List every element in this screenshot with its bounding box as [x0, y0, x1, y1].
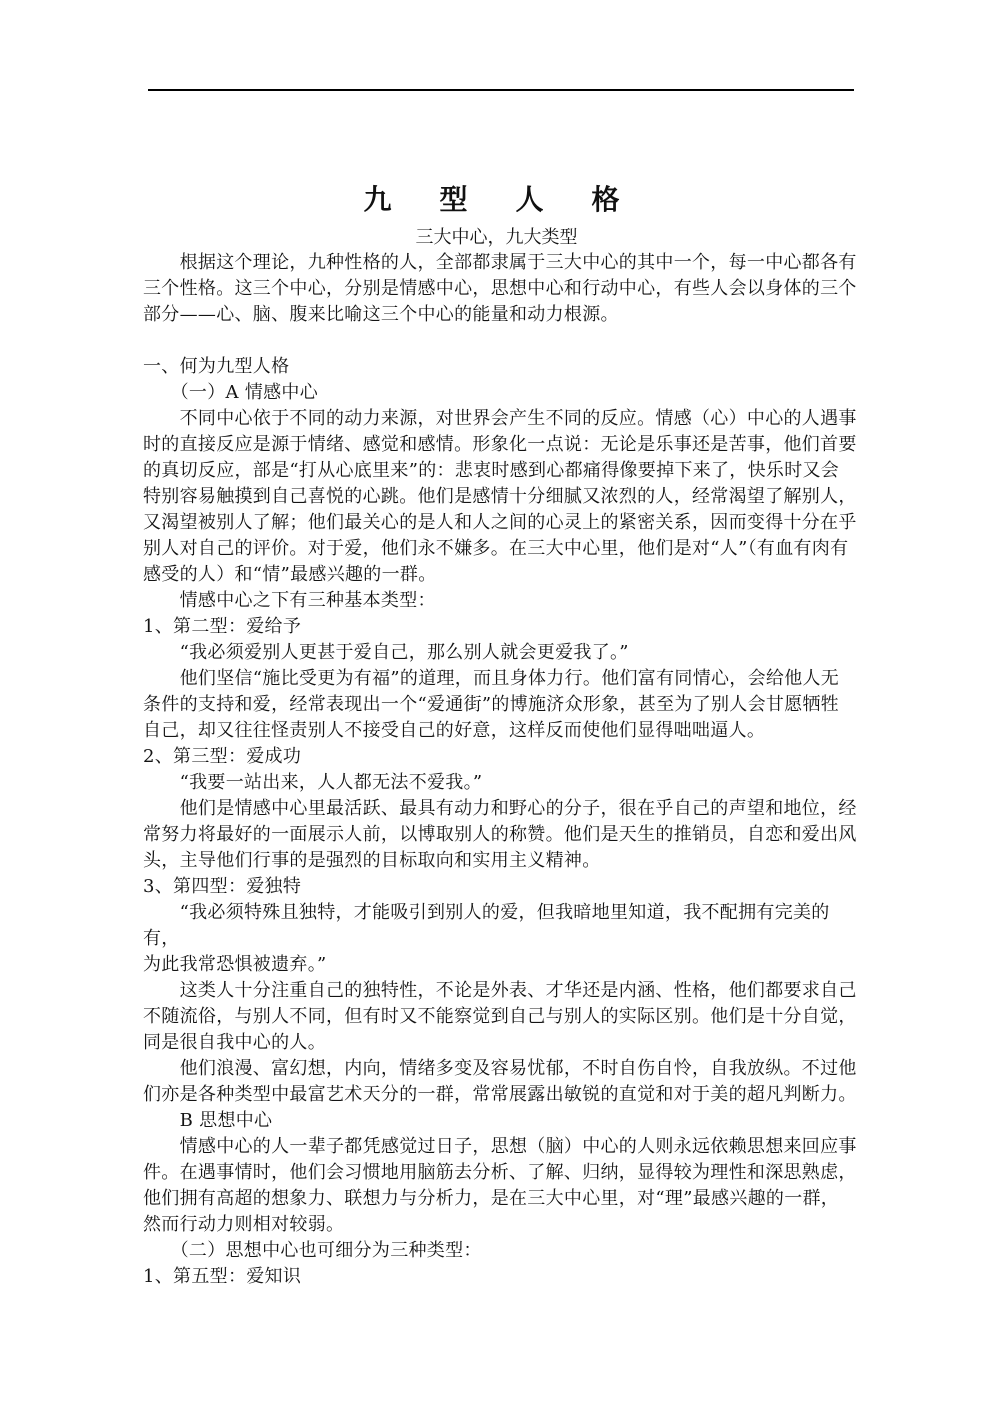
document-body: 根据这个理论，九种性格的人，全部都隶属于三大中心的其中一个，每一中心都各有三个性… [143, 250, 859, 1290]
text-line: 1、第二型：爱给予 [143, 614, 859, 640]
text-line: “我必须特殊且独特，才能吸引到别人的爱，但我暗地里知道，我不配拥有完美的有， [143, 900, 859, 952]
text-line: 然而行动力则相对较弱。 [143, 1212, 859, 1238]
text-line: 头，主导他们行事的是强烈的目标取向和实用主义精神。 [143, 848, 859, 874]
text-line [143, 328, 859, 354]
text-line: 他们浪漫、富幻想，内向，情绪多变及容易忧郁，不时自伤自怜，自我放纵。不过他 [143, 1056, 859, 1082]
text-line: 的真切反应，部是“打从心底里来”的：悲衷时感到心都痛得像要掉下来了，快乐时又会 [143, 458, 859, 484]
text-line: 又渴望被别人了解；他们最关心的是人和人之间的心灵上的紧密关系，因而变得十分在乎 [143, 510, 859, 536]
text-line: 常努力将最好的一面展示人前，以博取别人的称赞。他们是天生的推销员，自恋和爱出风 [143, 822, 859, 848]
text-line: 同是很自我中心的人。 [143, 1030, 859, 1056]
text-line: 情感中心的人一辈子都凭感觉过日子，思想（脑）中心的人则永远依赖思想来回应事 [143, 1134, 859, 1160]
document-title: 九 型 人 格 [0, 178, 993, 218]
text-line: “我必须爱别人更甚于爱自己，那么别人就会更爱我了。” [143, 640, 859, 666]
text-line: 感受的人）和“情”最感兴趣的一群。 [143, 562, 859, 588]
text-line: 他们坚信“施比受更为有福”的道理，而且身体力行。他们富有同情心，会给他人无 [143, 666, 859, 692]
text-line: 1、第五型：爱知识 [143, 1264, 859, 1290]
text-line: 三个性格。这三个中心，分别是情感中心，思想中心和行动中心，有些人会以身体的三个 [143, 276, 859, 302]
text-line: 根据这个理论，九种性格的人，全部都隶属于三大中心的其中一个，每一中心都各有 [143, 250, 859, 276]
text-line: （一）A 情感中心 [143, 380, 859, 406]
text-line: 这类人十分注重自己的独特性，不论是外表、才华还是内涵、性格，他们都要求自己 [143, 978, 859, 1004]
text-line: 他们是情感中心里最活跃、最具有动力和野心的分子，很在乎自己的声望和地位，经 [143, 796, 859, 822]
text-line: 3、第四型：爱独特 [143, 874, 859, 900]
text-line: B 思想中心 [143, 1108, 859, 1134]
text-line: 条件的支持和爱，经常表现出一个“爱通街”的博施济众形象，甚至为了别人会甘愿牺牲 [143, 692, 859, 718]
text-line: 件。在遇事情时，他们会习惯地用脑筋去分析、了解、归纳，显得较为理性和深思熟虑， [143, 1160, 859, 1186]
document-page: 九 型 人 格 三大中心，九大类型 根据这个理论，九种性格的人，全部都隶属于三大… [0, 0, 993, 1404]
text-line: 时的直接反应是源于情绪、感觉和感情。形象化一点说：无论是乐事还是苦事，他们首要 [143, 432, 859, 458]
text-line: 们亦是各种类型中最富艺术天分的一群，常常展露出敏锐的直觉和对于美的超凡判断力。 [143, 1082, 859, 1108]
text-line: 为此我常恐惧被遗弃。” [143, 952, 859, 978]
text-line: 不同中心依于不同的动力来源，对世界会产生不同的反应。情感（心）中心的人遇事 [143, 406, 859, 432]
text-line: 部分——心、脑、腹来比喻这三个中心的能量和动力根源。 [143, 302, 859, 328]
text-line: 情感中心之下有三种基本类型： [143, 588, 859, 614]
text-line: （二）思想中心也可细分为三种类型： [143, 1238, 859, 1264]
text-line: 特别容易触摸到自己喜悦的心跳。他们是感情十分细腻又浓烈的人，经常渴望了解别人， [143, 484, 859, 510]
text-line: 他们拥有高超的想象力、联想力与分析力，是在三大中心里，对“理”最感兴趣的一群， [143, 1186, 859, 1212]
document-subtitle: 三大中心，九大类型 [0, 223, 993, 249]
text-line: 别人对自己的评价。对于爱，他们永不嫌多。在三大中心里，他们是对“人”（有血有肉有 [143, 536, 859, 562]
header-rule [148, 89, 854, 91]
text-line: “我要一站出来，人人都无法不爱我。” [143, 770, 859, 796]
text-line: 自己，却又往往怪责别人不接受自己的好意，这样反而使他们显得咄咄逼人。 [143, 718, 859, 744]
text-line: 一、何为九型人格 [143, 354, 859, 380]
text-line: 2、第三型：爱成功 [143, 744, 859, 770]
text-line: 不随流俗，与别人不同，但有时又不能察觉到自己与别人的实际区别。他们是十分自觉， [143, 1004, 859, 1030]
